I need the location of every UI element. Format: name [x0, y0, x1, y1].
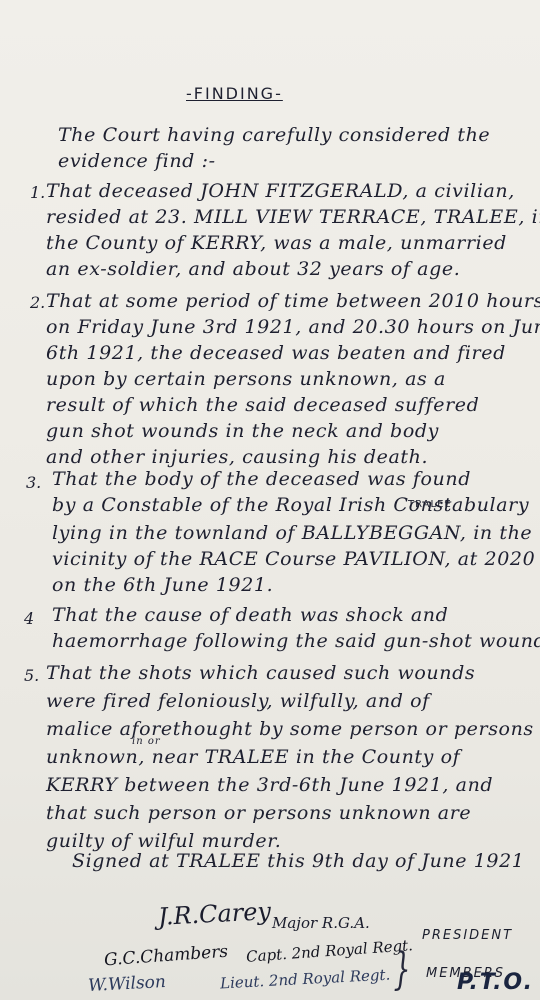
- intro-line: evidence find :-: [58, 150, 216, 172]
- finding-line: unknown, near TRALEE in the County of: [46, 746, 460, 768]
- finding-line: on Friday June 3rd 1921, and 20.30 hours…: [46, 316, 540, 338]
- finding-number: 5.: [24, 666, 39, 685]
- intro-line: The Court having carefully considered th…: [58, 124, 490, 146]
- signature-member-1: G.C.Chambers: [103, 942, 228, 971]
- finding-number: 4: [24, 609, 34, 628]
- signature-rank: Lieut. 2nd Royal Regt.: [220, 966, 391, 993]
- finding-line: That deceased JOHN FITZGERALD, a civilia…: [46, 180, 515, 202]
- insertion-tralee: TRALEE: [408, 499, 452, 510]
- finding-line: That at some period of time between 2010…: [46, 290, 540, 312]
- finding-line: on the 6th June 1921.: [52, 574, 273, 596]
- finding-number: 2.: [30, 293, 45, 312]
- finding-line: by a Constable of the Royal Irish Consta…: [52, 494, 529, 516]
- finding-line: the County of KERRY, was a male, unmarri…: [46, 232, 507, 254]
- finding-line: haemorrhage following the said gun-shot …: [52, 630, 540, 652]
- signed-line: Signed at TRALEE this 9th day of June 19…: [72, 850, 524, 872]
- finding-line: result of which the said deceased suffer…: [46, 394, 479, 416]
- document-title: -FINDING-: [186, 84, 283, 103]
- president-label: PRESIDENT: [422, 928, 513, 943]
- pto-label: P.T.O.: [457, 970, 534, 995]
- finding-line: 6th 1921, the deceased was beaten and fi…: [46, 342, 506, 364]
- finding-line: an ex-soldier, and about 32 years of age…: [46, 258, 460, 280]
- finding-line: that such person or persons unknown are: [46, 802, 471, 824]
- finding-line: vicinity of the RACE Course PAVILION, at…: [52, 548, 540, 570]
- signature-rank: Capt. 2nd Royal Regt.: [246, 936, 414, 966]
- signature-president: J.R.Carey: [157, 897, 271, 931]
- finding-number: 3.: [26, 473, 41, 492]
- finding-line: and other injuries, causing his death.: [46, 446, 428, 468]
- signature-member-2: W.Wilson: [88, 972, 167, 996]
- finding-line: KERRY between the 3rd-6th June 1921, and: [46, 774, 493, 796]
- signature-rank: Major R.G.A.: [272, 914, 370, 932]
- finding-line: resided at 23. MILL VIEW TERRACE, TRALEE…: [46, 206, 540, 228]
- finding-line: lying in the townland of BALLYBEGGAN, in…: [52, 522, 532, 544]
- finding-line: That the body of the deceased was found: [52, 468, 471, 490]
- finding-number: 1.: [30, 183, 45, 202]
- finding-line: guilty of wilful murder.: [46, 830, 281, 852]
- finding-line: That the cause of death was shock and: [52, 604, 448, 626]
- finding-line: were fired feloniously, wilfully, and of: [46, 690, 430, 712]
- finding-line: malice aforethought by some person or pe…: [46, 718, 534, 740]
- members-brace: }: [394, 944, 411, 995]
- finding-line: gun shot wounds in the neck and body: [46, 420, 439, 442]
- finding-line: upon by certain persons unknown, as a: [46, 368, 446, 390]
- document-page: -FINDING- The Court having carefully con…: [0, 0, 540, 1000]
- finding-line: That the shots which caused such wounds: [46, 662, 475, 684]
